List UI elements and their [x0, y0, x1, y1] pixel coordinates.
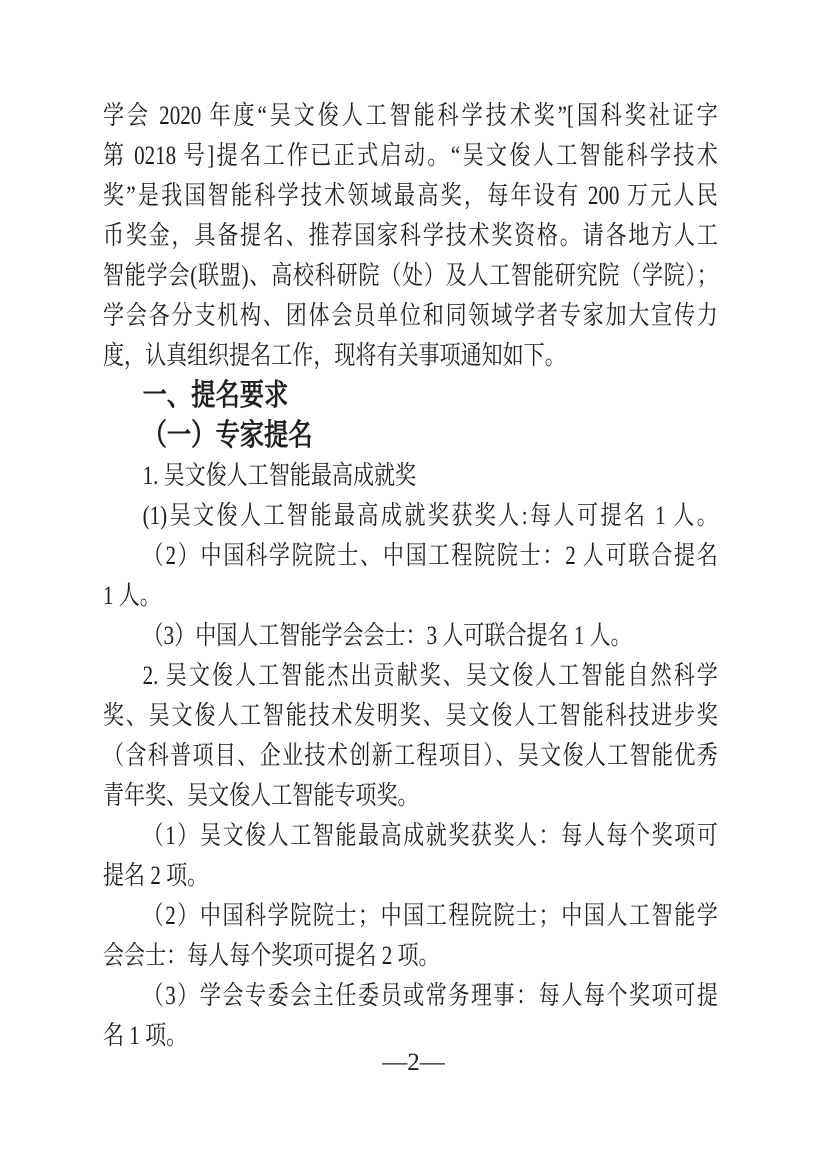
body-line: 学会各分支机构、团体会员单位和同领域学者专家加大宣传力: [103, 296, 718, 336]
body-line: （3）学会专委会主任委员或常务理事：每人每个奖项可提: [103, 976, 718, 1016]
body-line: (1)吴文俊人工智能最高成就奖获奖人:每人可提名 1 人。: [103, 496, 718, 536]
section-heading: 一、提名要求: [103, 376, 718, 416]
body-line: 2. 吴文俊人工智能杰出贡献奖、吴文俊人工智能自然科学: [103, 656, 718, 696]
page-number: —2—: [0, 1048, 827, 1078]
subsection-heading: （一）专家提名: [103, 416, 718, 456]
body-line: 1. 吴文俊人工智能最高成就奖: [103, 456, 718, 496]
document-page: { "page": { "background": "#ffffff", "te…: [0, 0, 827, 1170]
body-line: 提名 2 项。: [103, 856, 718, 896]
document-body: 学会 2020 年度“吴文俊人工智能科学技术奖”[国科奖社证字第 0218 号]…: [103, 96, 718, 1056]
body-line: （含科普项目、企业技术创新工程项目）、吴文俊人工智能优秀: [103, 736, 718, 776]
body-line: 奖”是我国智能科学技术领域最高奖，每年设有 200 万元人民: [103, 176, 718, 216]
body-line: 度，认真组织提名工作，现将有关事项通知如下。: [103, 336, 718, 376]
body-line: 会会士：每人每个奖项可提名 2 项。: [103, 936, 718, 976]
body-line: 青年奖、吴文俊人工智能专项奖。: [103, 776, 718, 816]
body-line: （2）中国科学院院士；中国工程院院士；中国人工智能学: [103, 896, 718, 936]
body-line: （3）中国人工智能学会会士：3 人可联合提名 1 人。: [103, 616, 718, 656]
body-line: （2）中国科学院院士、中国工程院院士：2 人可联合提名: [103, 536, 718, 576]
body-line: （1）吴文俊人工智能最高成就奖获奖人：每人每个奖项可: [103, 816, 718, 856]
body-line: 智能学会(联盟)、高校科研院（处）及人工智能研究院（学院）；: [103, 256, 718, 296]
body-line: 奖、吴文俊人工智能技术发明奖、吴文俊人工智能科技进步奖: [103, 696, 718, 736]
body-line: 币奖金，具备提名、推荐国家科学技术奖资格。请各地方人工: [103, 216, 718, 256]
body-line: 学会 2020 年度“吴文俊人工智能科学技术奖”[国科奖社证字: [103, 96, 718, 136]
body-line: 1 人。: [103, 576, 718, 616]
body-line: 第 0218 号]提名工作已正式启动。“吴文俊人工智能科学技术: [103, 136, 718, 176]
